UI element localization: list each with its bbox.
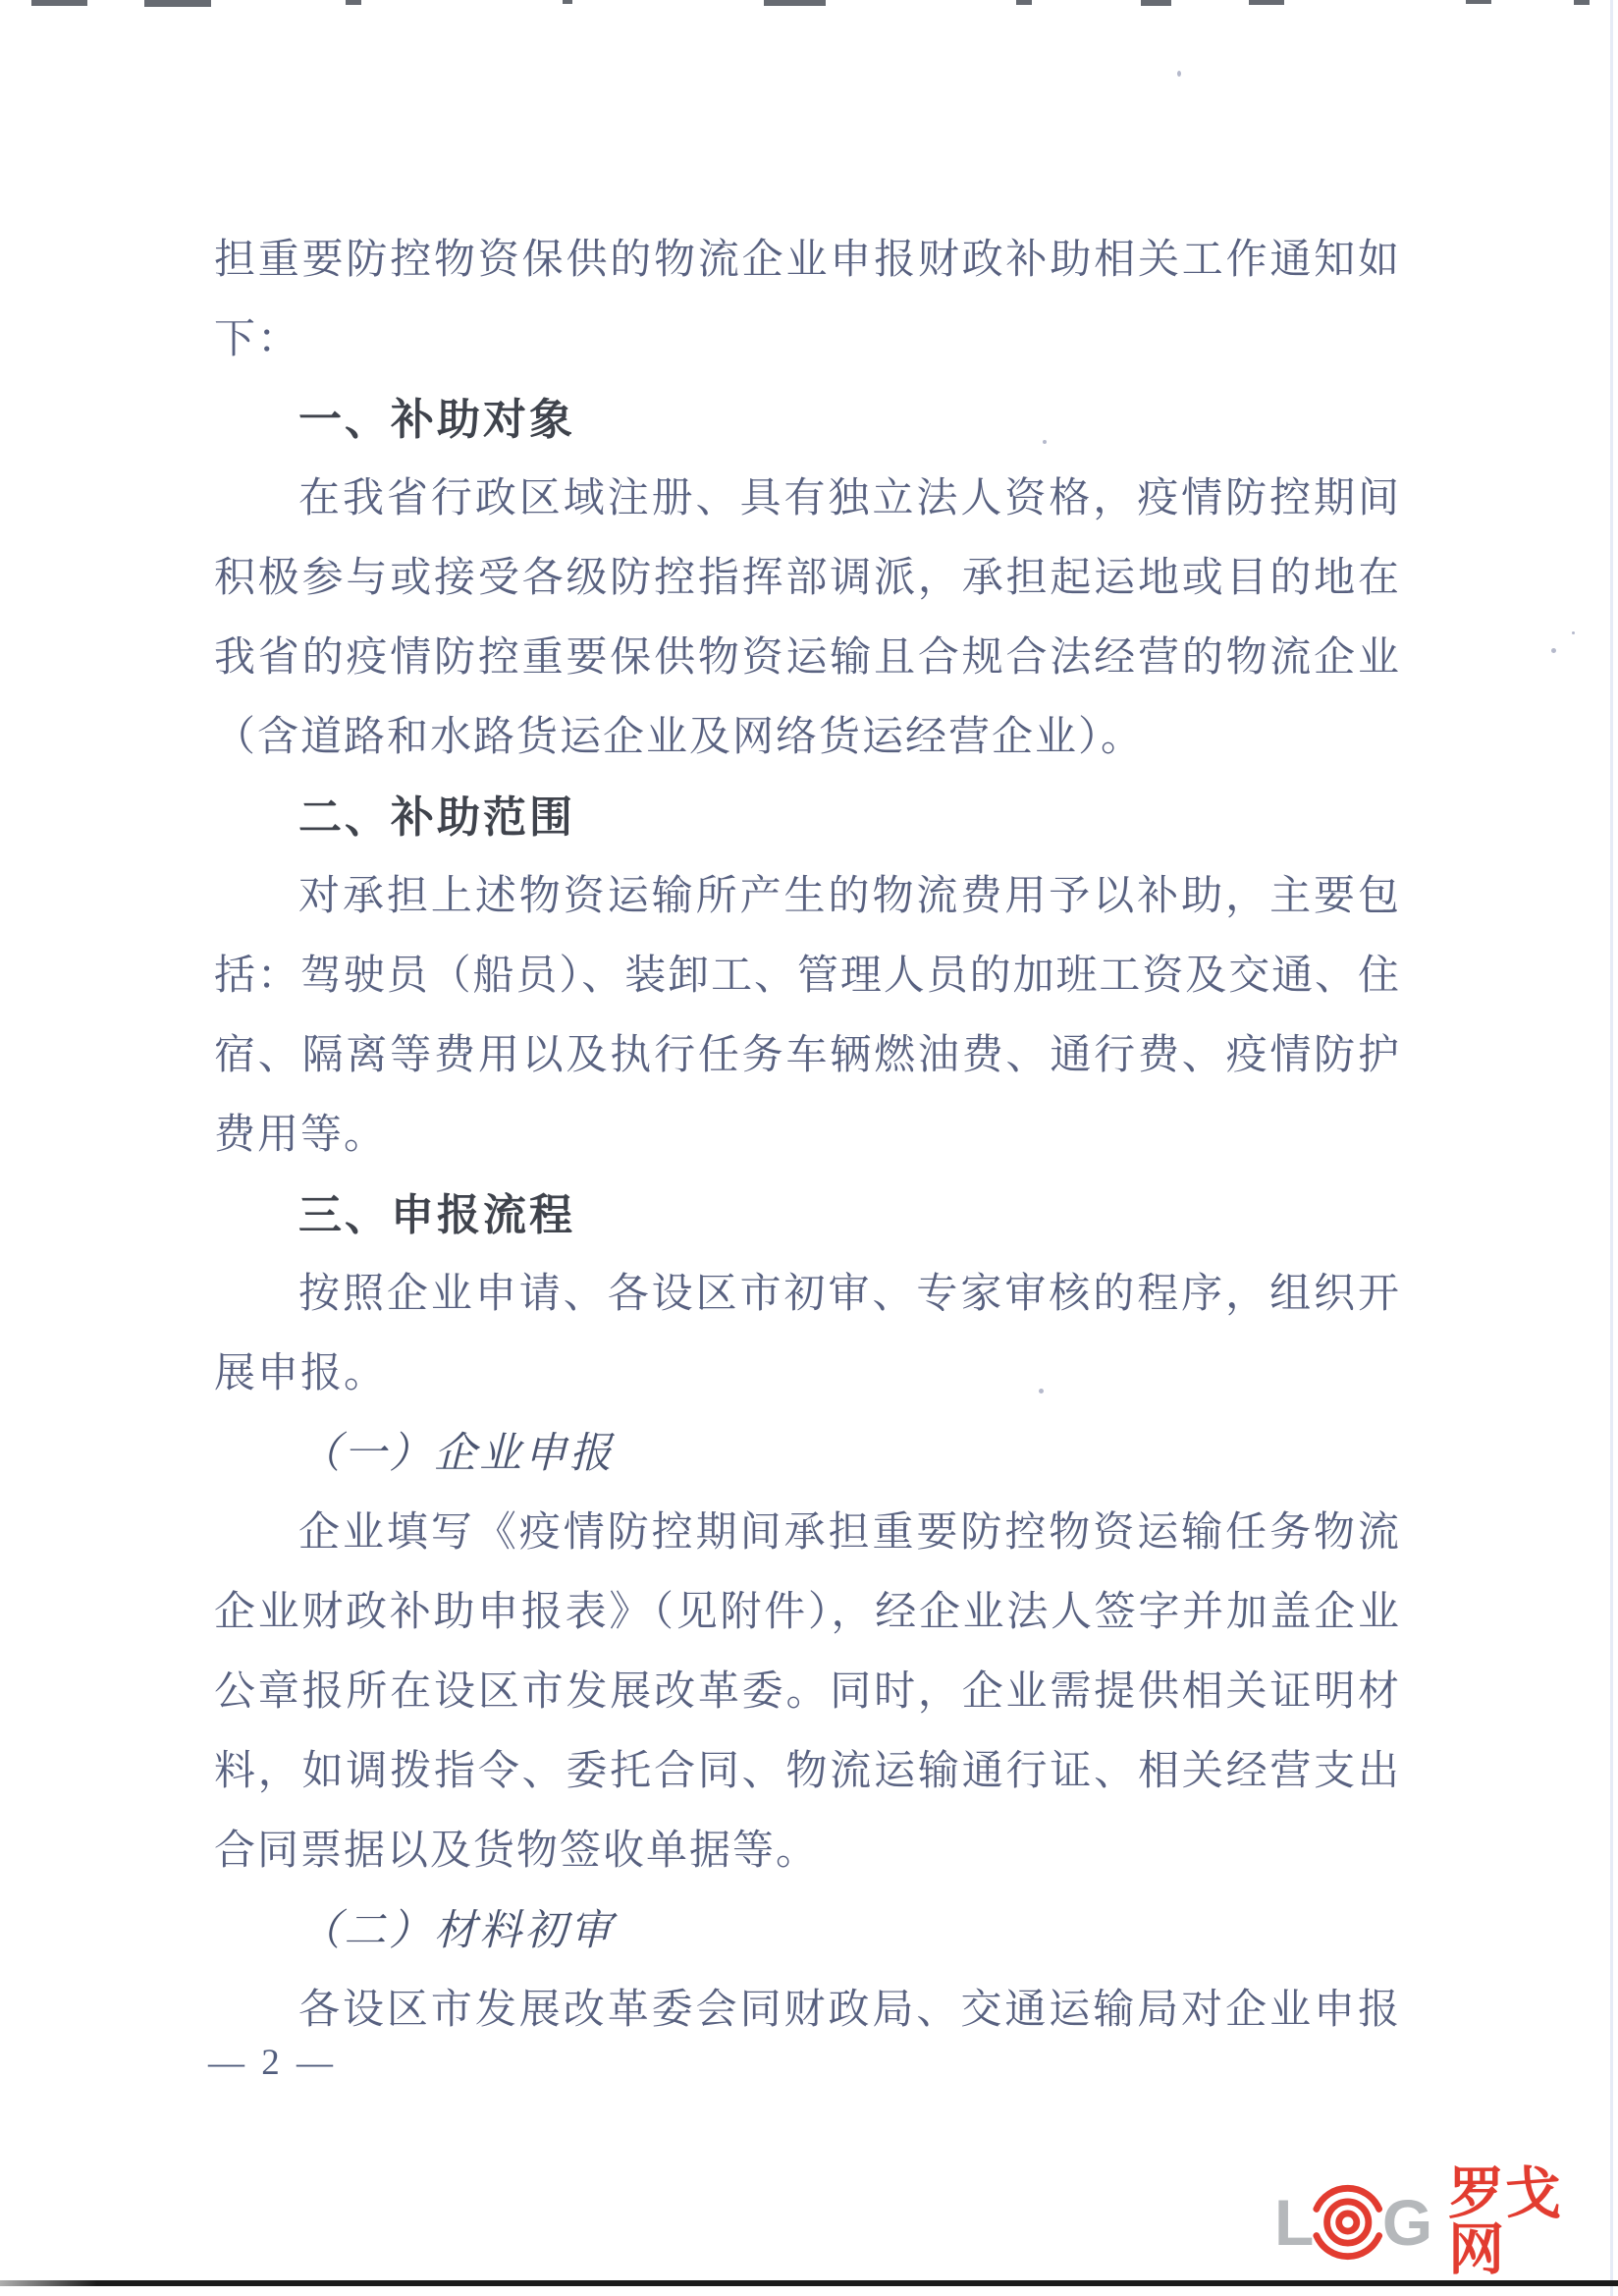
logo-letter-l: L: [1274, 2190, 1314, 2255]
target-rings-icon: [1311, 2180, 1384, 2265]
scan-artifact: [1141, 0, 1171, 6]
scan-artifact: [144, 0, 211, 7]
scanned-document-page: 担重要防控物资保供的物流企业申报财政补助相关工作通知如下：一、补助对象在我省行政…: [0, 0, 1618, 2296]
scan-artifact: [1572, 631, 1575, 634]
logo-letter-g: G: [1382, 2190, 1432, 2255]
section-heading: 三、申报流程: [214, 1175, 1399, 1255]
body-line: 宿、隔离等费用以及执行任务车辆燃油费、通行费、疫情防护: [214, 1016, 1399, 1096]
body-line: 下：: [214, 301, 1399, 380]
body-line: 各设区市发展改革委会同财政局、交通运输局对企业申报: [214, 1971, 1399, 2050]
scan-artifact: [764, 0, 826, 6]
sub-section-heading: （一）企业申报: [214, 1414, 1399, 1494]
section-heading: 二、补助范围: [214, 778, 1399, 857]
body-line: 费用等。: [214, 1096, 1399, 1175]
body-line: 合同票据以及货物签收单据等。: [214, 1812, 1399, 1891]
body-line: 担重要防控物资保供的物流企业申报财政补助相关工作通知如: [214, 221, 1399, 301]
scan-artifact: [1177, 71, 1181, 77]
logo-site-name: 罗戈网: [1448, 2166, 1618, 2278]
body-line: 企业财政补助申报表》（见附件），经企业法人签字并加盖企业: [214, 1573, 1399, 1653]
body-line: 按照企业申请、各设区市初审、专家审核的程序，组织开: [214, 1255, 1399, 1335]
body-line: 企业填写《疫情防控期间承担重要防控物资运输任务物流: [214, 1494, 1399, 1573]
section-heading: 一、补助对象: [214, 380, 1399, 460]
body-line: 料，如调拨指令、委托合同、物流运输通行证、相关经营支出: [214, 1732, 1399, 1812]
document-body: 担重要防控物资保供的物流企业申报财政补助相关工作通知如下：一、补助对象在我省行政…: [214, 221, 1399, 2050]
scan-artifact: [1466, 0, 1491, 4]
body-line: 展申报。: [214, 1335, 1399, 1414]
scan-artifact: [1551, 648, 1556, 653]
scan-artifact: [1249, 0, 1284, 5]
body-line: 积极参与或接受各级防控指挥部调派，承担起运地或目的地在: [214, 539, 1399, 619]
body-line: 我省的疫情防控重要保供物资运输且合规合法经营的物流企业: [214, 619, 1399, 698]
body-line: （含道路和水路货运企业及网络货运经营企业）。: [214, 698, 1399, 778]
body-line: 括：驾驶员（船员）、装卸工、管理人员的加班工资及交通、住: [214, 937, 1399, 1016]
page-number: — 2 —: [208, 2041, 337, 2086]
scan-artifact: [1016, 0, 1032, 5]
scan-artifact: [346, 0, 361, 5]
body-line: 对承担上述物资运输所产生的物流费用予以补助，主要包: [214, 857, 1399, 937]
scan-artifact: [31, 0, 87, 6]
sub-section-heading: （二）材料初审: [214, 1891, 1399, 1971]
scan-artifact: [563, 0, 572, 4]
body-line: 在我省行政区域注册、具有独立法人资格，疫情防控期间: [214, 460, 1399, 539]
logo: L G 罗戈网: [1274, 2170, 1618, 2274]
scan-bottom-edge: [0, 2280, 1618, 2286]
scan-artifact: [1574, 0, 1590, 5]
scan-artifact: [1610, 0, 1613, 2296]
body-line: 公章报所在设区市发展改革委。同时，企业需提供相关证明材: [214, 1653, 1399, 1732]
